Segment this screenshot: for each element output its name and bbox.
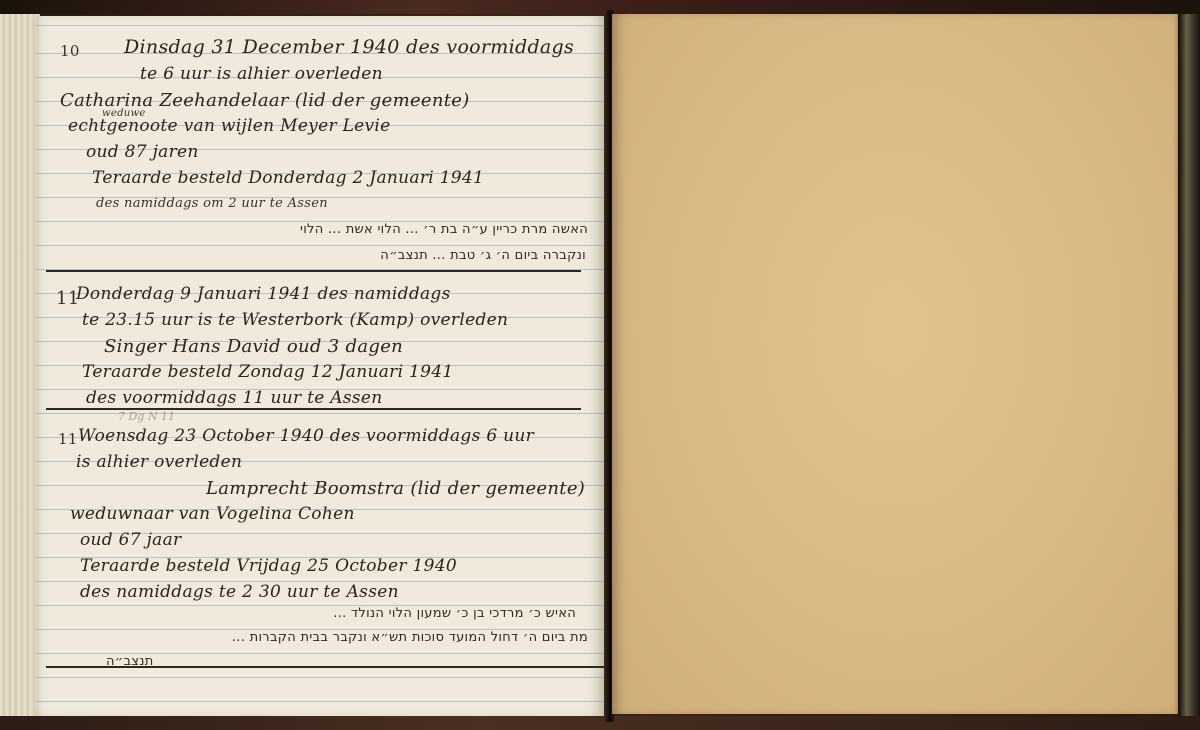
entry-line: Teraarde besteld Zondag 12 Januari 1941: [82, 362, 453, 382]
entry-line: des voormiddags 11 uur te Assen: [86, 388, 383, 408]
hebrew-line: האיש כ׳ מרדכי בן כ׳ שמעון הלוי הנולד ...: [333, 606, 576, 621]
hebrew-line: ונקברה ביום ה׳ ג׳ טבת ... תנצב״ה: [380, 248, 586, 263]
entry-line: is alhier overleden: [76, 452, 242, 472]
entry-line: te 23.15 uur is te Westerbork (Kamp) ove…: [82, 310, 508, 330]
right-page-blank: [612, 14, 1178, 714]
cover-top-edge: [0, 0, 1200, 14]
entry-number: 11: [58, 430, 78, 448]
entry-divider: [46, 270, 581, 272]
entry-line: Teraarde besteld Vrijdag 25 October 1940: [80, 556, 457, 576]
entry-line: Woensdag 23 October 1940 des voormiddags…: [78, 426, 534, 446]
hebrew-line: מת ביום ה׳ דחול המועד סוכות תש״א ונקבר ב…: [232, 630, 588, 645]
entry-line: oud 87 jaren: [86, 142, 199, 162]
page-leaf-edges: [0, 14, 40, 716]
pencil-note: 7 Dg N 11: [118, 410, 175, 423]
entry-line: oud 67 jaar: [80, 530, 181, 550]
cover-bottom-edge: [0, 716, 1200, 730]
entry-line: te 6 uur is alhier overleden: [140, 64, 383, 84]
entry-divider: [46, 666, 606, 668]
entry-number: 10: [60, 42, 80, 60]
left-page: 10 Dinsdag 31 December 1940 des voormidd…: [36, 16, 606, 716]
entry-line: des namiddags om 2 uur te Assen: [96, 196, 328, 211]
entry-line: des namiddags te 2 30 uur te Assen: [80, 582, 399, 602]
entry-line: weduwnaar van Vogelina Cohen: [70, 504, 355, 524]
entry-line: echtgenoote van wijlen Meyer Levie: [68, 116, 391, 136]
right-cover-edge: [1178, 14, 1200, 716]
deceased-name: Lamprecht Boomstra (lid der gemeente): [206, 478, 585, 499]
deceased-name: Singer Hans David oud 3 dagen: [104, 336, 403, 357]
entry-line: Donderdag 9 Januari 1941 des namiddags: [76, 284, 451, 304]
entry-line: Teraarde besteld Donderdag 2 Januari 194…: [92, 168, 484, 188]
entry-line: Dinsdag 31 December 1940 des voormiddags: [124, 36, 574, 58]
hebrew-line: האשה מרת כריין ע״ה בת ר׳ ... הלוי אשת ..…: [300, 222, 588, 237]
